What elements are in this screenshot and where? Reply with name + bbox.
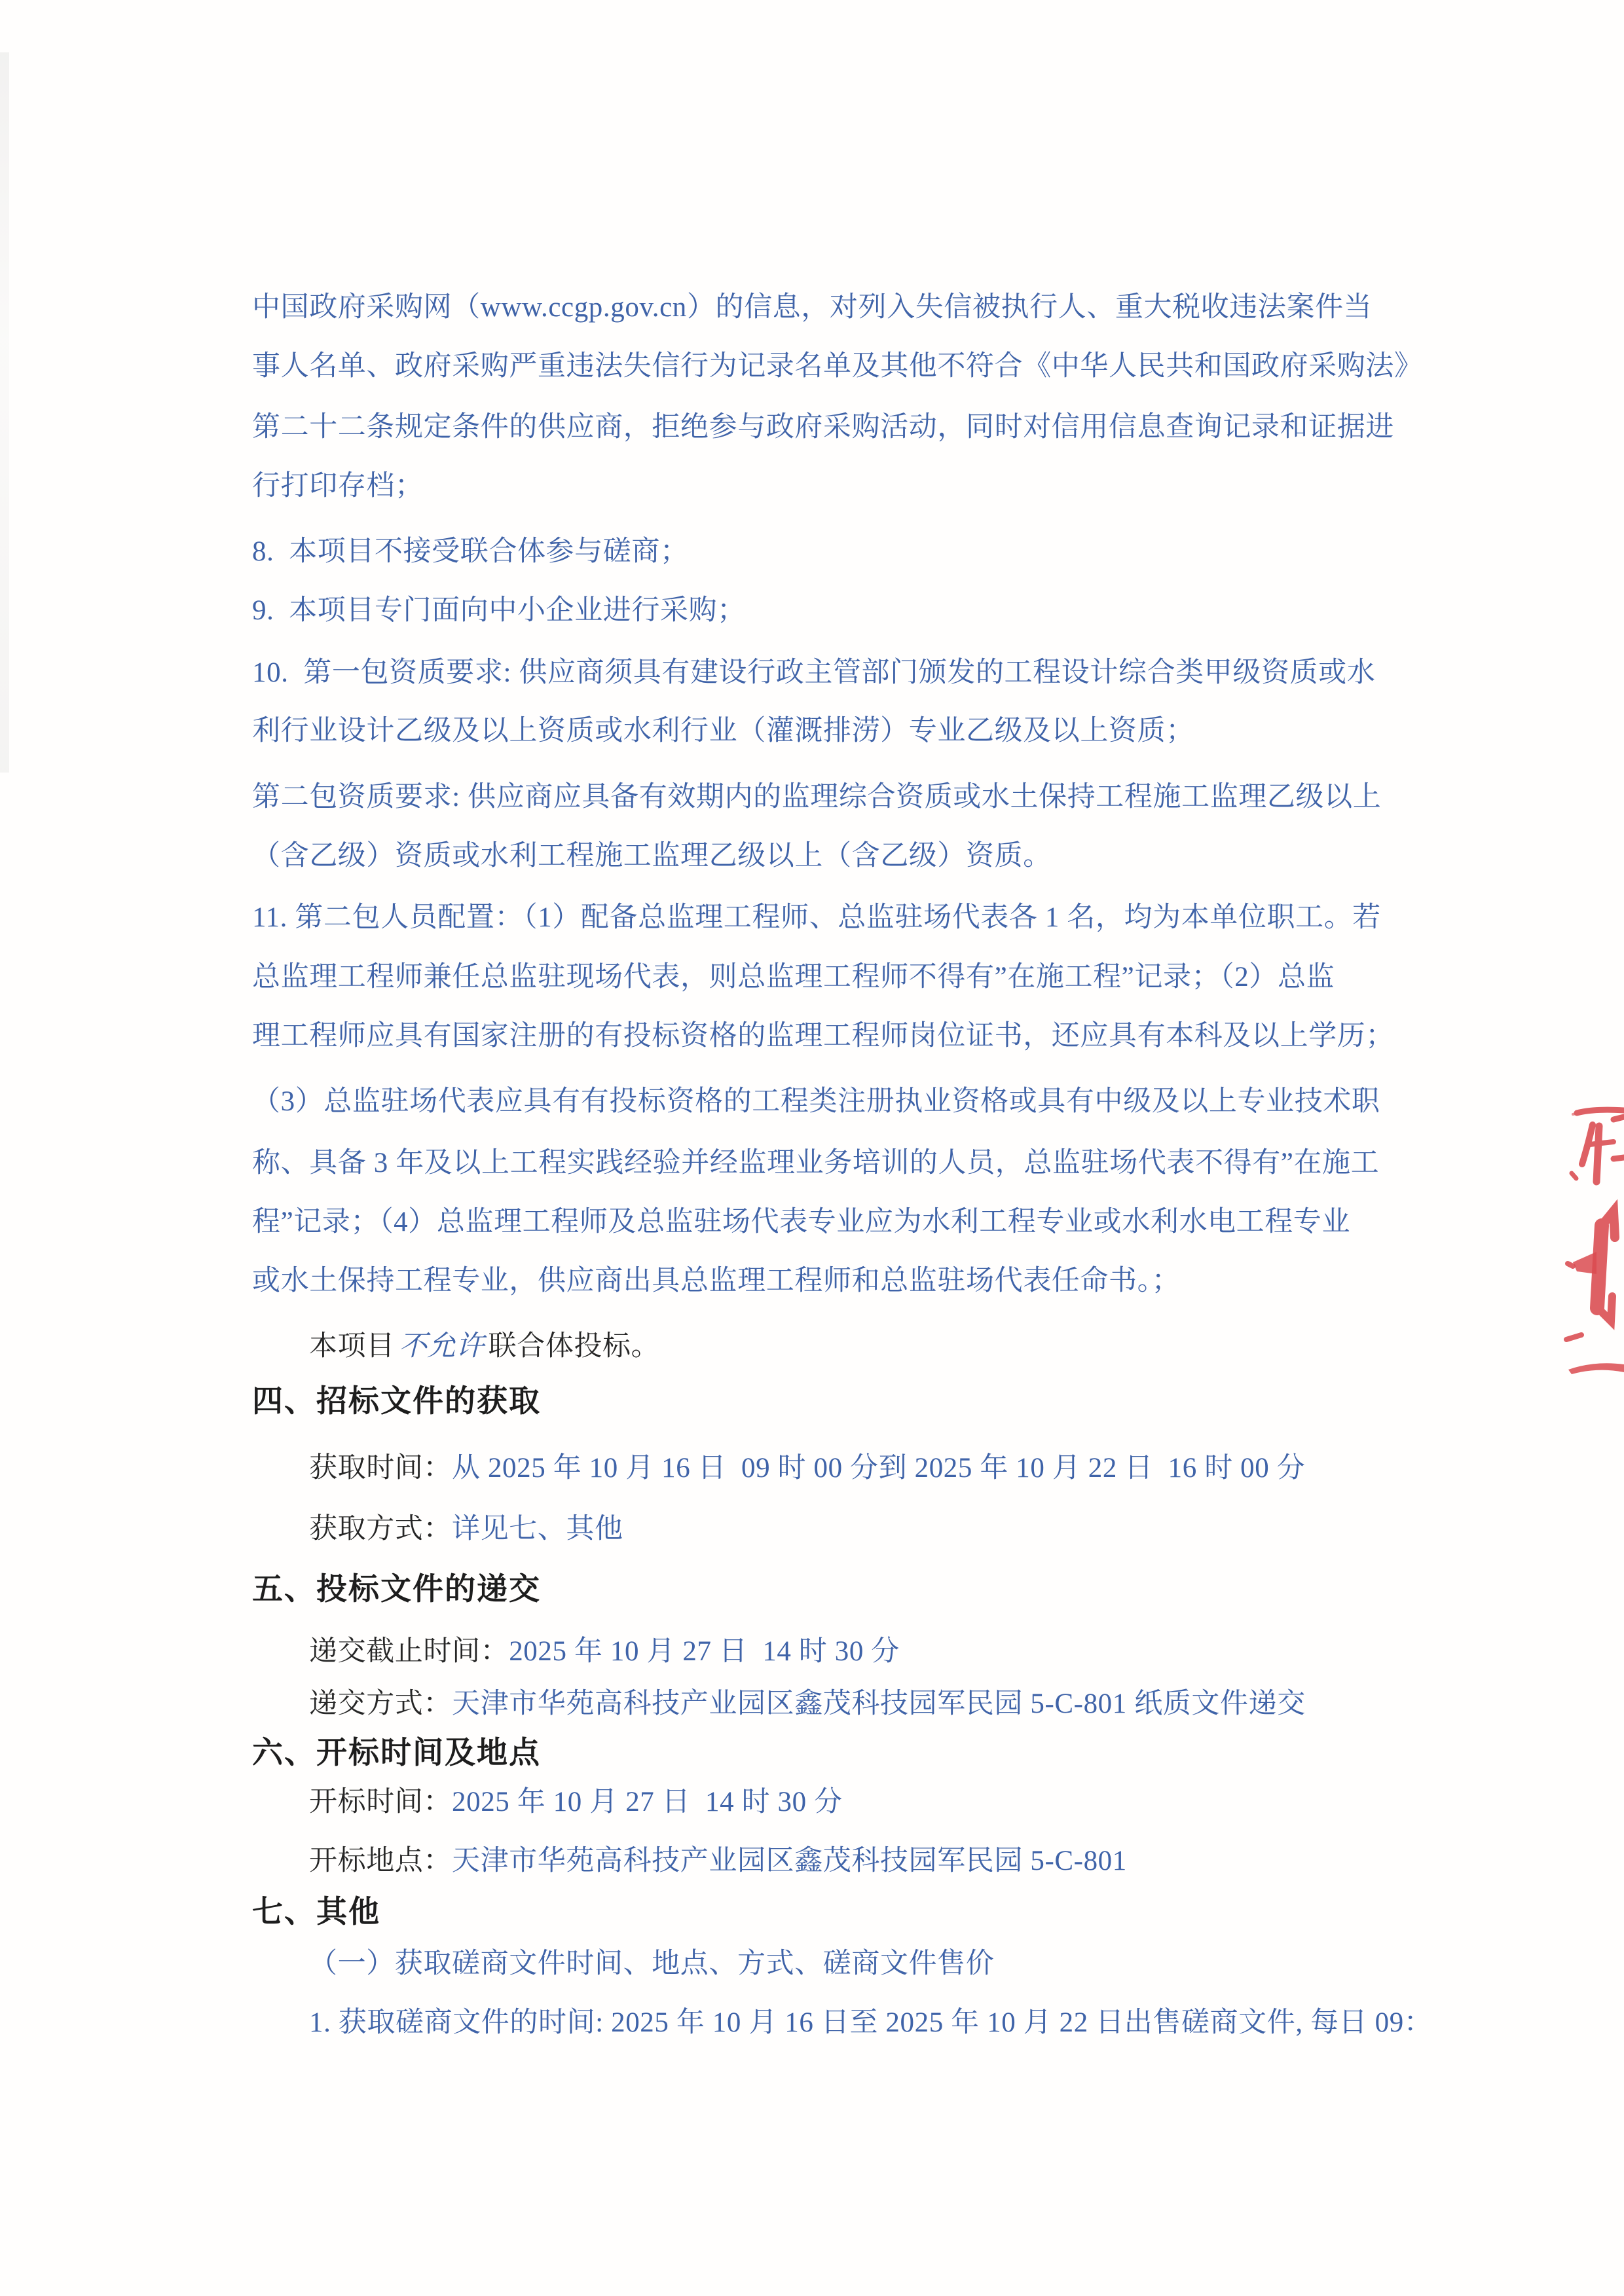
no-consortium-emphasis: 不允许 [395, 1331, 489, 1362]
field-value: 从 2025 年 10 月 16 日 09 时 00 分到 2025 年 10 … [452, 1453, 1305, 1484]
body-line: 利行业设计乙级及以上资质或水利行业（灌溉排涝）专业乙级及以上资质； [252, 710, 1411, 752]
subsection-text: 1. 获取磋商文件的时间: 2025 年 10 月 16 日至 2025 年 1… [252, 2002, 1468, 2044]
field-value: 2025 年 10 月 27 日 14 时 30 分 [452, 1787, 843, 1817]
no-consortium-prefix: 本项目 [309, 1331, 395, 1362]
body-line: 理工程师应具有国家注册的有投标资格的监理工程师岗位证书，还应具有本科及以上学历； [252, 1015, 1411, 1057]
body-line: 或水土保持工程专业，供应商出具总监理工程师和总监驻场代表任命书。； [252, 1260, 1411, 1302]
no-consortium-suffix: 联合体投标。 [489, 1331, 660, 1362]
body-line-item-9: 9. 本项目专门面向中小企业进行采购； [252, 590, 1411, 632]
body-line: 行打印存档； [252, 465, 1411, 507]
field-label: 递交截止时间： [309, 1636, 509, 1667]
body-line: （3）总监驻场代表应具有有投标资格的工程类注册执业资格或具有中级及以上专业技术职 [252, 1081, 1411, 1123]
section-heading-6: 六、开标时间及地点 [252, 1730, 1411, 1776]
body-line: 程”记录；（4）总监理工程师及总监驻场代表专业应为水利工程专业或水利水电工程专业 [252, 1201, 1411, 1243]
body-line: 事人名单、政府采购严重违法失信行为记录名单及其他不符合《中华人民共和国政府采购法… [252, 346, 1411, 388]
body-line-item-8: 8. 本项目不接受联合体参与磋商； [252, 531, 1411, 573]
field-value: 天津市华苑高科技产业园区鑫茂科技园军民园 5-C-801 纸质文件递交 [452, 1688, 1306, 1719]
document-page: 中国政府采购网（www.ccgp.gov.cn）的信息，对列入失信被执行人、重大… [0, 0, 1624, 2296]
body-line: 第二包资质要求: 供应商应具备有效期内的监理综合资质或水土保持工程施工监理乙级以… [252, 776, 1411, 818]
field-row-submit-deadline: 递交截止时间：2025 年 10 月 27 日 14 时 30 分 [252, 1631, 1468, 1673]
field-label: 开标地点： [309, 1846, 452, 1876]
section-heading-7: 七、其他 [252, 1889, 1411, 1935]
no-consortium-line: 本项目不允许联合体投标。 [252, 1326, 1468, 1368]
field-value: 详见七、其他 [452, 1514, 623, 1544]
body-line: 第二十二条规定条件的供应商，拒绝参与政府采购活动，同时对信用信息查询记录和证据进 [252, 407, 1411, 448]
field-label: 获取时间： [309, 1453, 452, 1484]
field-label: 开标时间： [309, 1787, 452, 1817]
field-row-open-place: 开标地点：天津市华苑高科技产业园区鑫茂科技园军民园 5-C-801 [252, 1840, 1468, 1882]
field-row-submit-method: 递交方式：天津市华苑高科技产业园区鑫茂科技园军民园 5-C-801 纸质文件递交 [252, 1683, 1468, 1725]
body-line: 总监理工程师兼任总监驻现场代表，则总监理工程师不得有”在施工程”记录；（2）总监 [252, 957, 1411, 998]
field-value: 天津市华苑高科技产业园区鑫茂科技园军民园 5-C-801 [452, 1846, 1127, 1876]
body-line: （含乙级）资质或水利工程施工监理乙级以上（含乙级）资质。 [252, 835, 1411, 877]
subsection-title: （一）获取磋商文件时间、地点、方式、磋商文件售价 [252, 1943, 1468, 1985]
field-label: 获取方式： [309, 1514, 452, 1544]
section-heading-5: 五、投标文件的递交 [252, 1566, 1411, 1612]
field-row-obtain-method: 获取方式：详见七、其他 [252, 1508, 1468, 1550]
field-value: 2025 年 10 月 27 日 14 时 30 分 [509, 1636, 900, 1667]
body-line-item-10: 10. 第一包资质要求: 供应商须具有建设行政主管部门颁发的工程设计综合类甲级资… [252, 652, 1411, 694]
field-label: 递交方式： [309, 1688, 452, 1719]
scan-artifact [0, 52, 9, 773]
body-line-item-11: 11. 第二包人员配置：（1）配备总监理工程师、总监驻场代表各 1 名，均为本单… [252, 897, 1411, 939]
body-line: 中国政府采购网（www.ccgp.gov.cn）的信息，对列入失信被执行人、重大… [252, 287, 1411, 329]
field-row-obtain-time: 获取时间：从 2025 年 10 月 16 日 09 时 00 分到 2025 … [252, 1448, 1468, 1489]
section-heading-4: 四、招标文件的获取 [252, 1378, 1411, 1424]
red-seal-partial [1473, 1074, 1624, 1375]
body-line: 称、具备 3 年及以上工程实践经验并经监理业务培训的人员，总监驻场代表不得有”在… [252, 1142, 1411, 1184]
field-row-open-time: 开标时间：2025 年 10 月 27 日 14 时 30 分 [252, 1781, 1468, 1823]
